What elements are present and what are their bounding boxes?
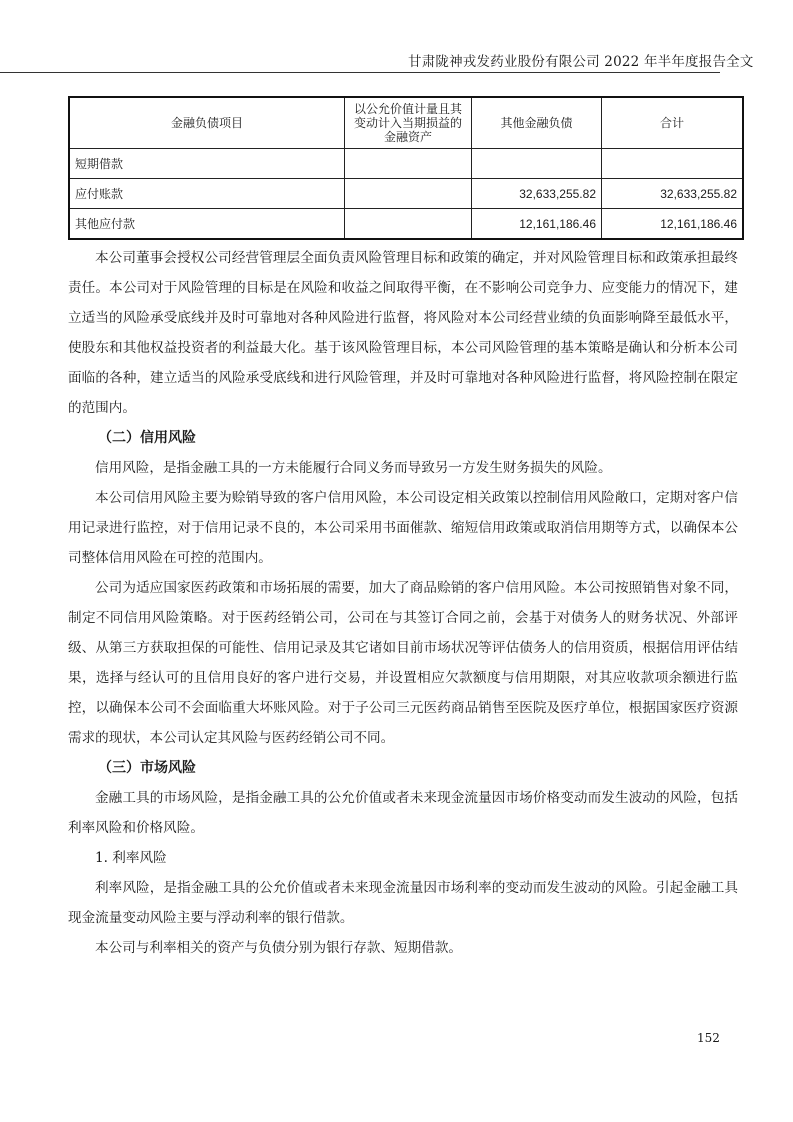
col-header-total: 合计: [602, 97, 744, 149]
paragraph-credit-risk-definition: 信用风险，是指金融工具的一方未能履行合同义务而导致另一方发生财务损失的风险。: [68, 453, 738, 483]
heading-market-risk: （三）市场风险: [68, 753, 738, 783]
cell-fvtpl: [345, 179, 472, 209]
paragraph-credit-risk-strategy: 公司为适应国家医药政策和市场拓展的需要，加大了商品赊销的客户信用风险。本公司按照…: [68, 573, 738, 753]
col-header-item: 金融负债项目: [69, 97, 345, 149]
document-body: 本公司董事会授权公司经营管理层全面负责风险管理目标和政策的确定，并对风险管理目标…: [68, 243, 738, 963]
subheading-interest-rate-risk: 1. 利率风险: [68, 843, 738, 873]
paragraph-credit-risk-policy: 本公司信用风险主要为赊销导致的客户信用风险，本公司设定相关政策以控制信用风险敞口…: [68, 483, 738, 573]
col-header-fvtpl-line2: 变动计入当期损益的: [350, 116, 466, 130]
cell-item: 其他应付款: [69, 209, 345, 240]
cell-other: 12,161,186.46: [472, 209, 602, 240]
table-header-row: 金融负债项目 以公允价值计量且其 变动计入当期损益的 金融资产 其他金融负债 合…: [69, 97, 743, 149]
paragraph-market-risk-definition: 金融工具的市场风险，是指金融工具的公允价值或者未来现金流量因市场价格变动而发生波…: [68, 783, 738, 843]
page-number: 152: [697, 1031, 720, 1045]
col-header-fvtpl-line1: 以公允价值计量且其: [350, 102, 466, 116]
cell-fvtpl: [345, 209, 472, 240]
table-row: 短期借款: [69, 149, 743, 179]
cell-total: 12,161,186.46: [602, 209, 744, 240]
cell-item: 应付账款: [69, 179, 345, 209]
col-header-fvtpl-line3: 金融资产: [350, 130, 466, 144]
paragraph-interest-rate-risk-definition: 利率风险，是指金融工具的公允价值或者未来现金流量因市场利率的变动而发生波动的风险…: [68, 873, 738, 933]
col-header-other: 其他金融负债: [472, 97, 602, 149]
col-header-fvtpl: 以公允价值计量且其 变动计入当期损益的 金融资产: [345, 97, 472, 149]
header-rule: [0, 72, 720, 73]
table-row: 应付账款 32,633,255.82 32,633,255.82: [69, 179, 743, 209]
heading-credit-risk: （二）信用风险: [68, 423, 738, 453]
cell-total: 32,633,255.82: [602, 179, 744, 209]
cell-other: 32,633,255.82: [472, 179, 602, 209]
cell-other: [472, 149, 602, 179]
paragraph-risk-management: 本公司董事会授权公司经营管理层全面负责风险管理目标和政策的确定，并对风险管理目标…: [68, 243, 738, 423]
paragraph-interest-rate-assets: 本公司与利率相关的资产与负债分别为银行存款、短期借款。: [68, 933, 738, 963]
report-header-title: 甘肃陇神戎发药业股份有限公司 2022 年半年度报告全文: [408, 50, 754, 70]
table-row: 其他应付款 12,161,186.46 12,161,186.46: [69, 209, 743, 240]
cell-fvtpl: [345, 149, 472, 179]
cell-item: 短期借款: [69, 149, 345, 179]
cell-total: [602, 149, 744, 179]
financial-liabilities-table: 金融负债项目 以公允价值计量且其 变动计入当期损益的 金融资产 其他金融负债 合…: [68, 96, 744, 240]
